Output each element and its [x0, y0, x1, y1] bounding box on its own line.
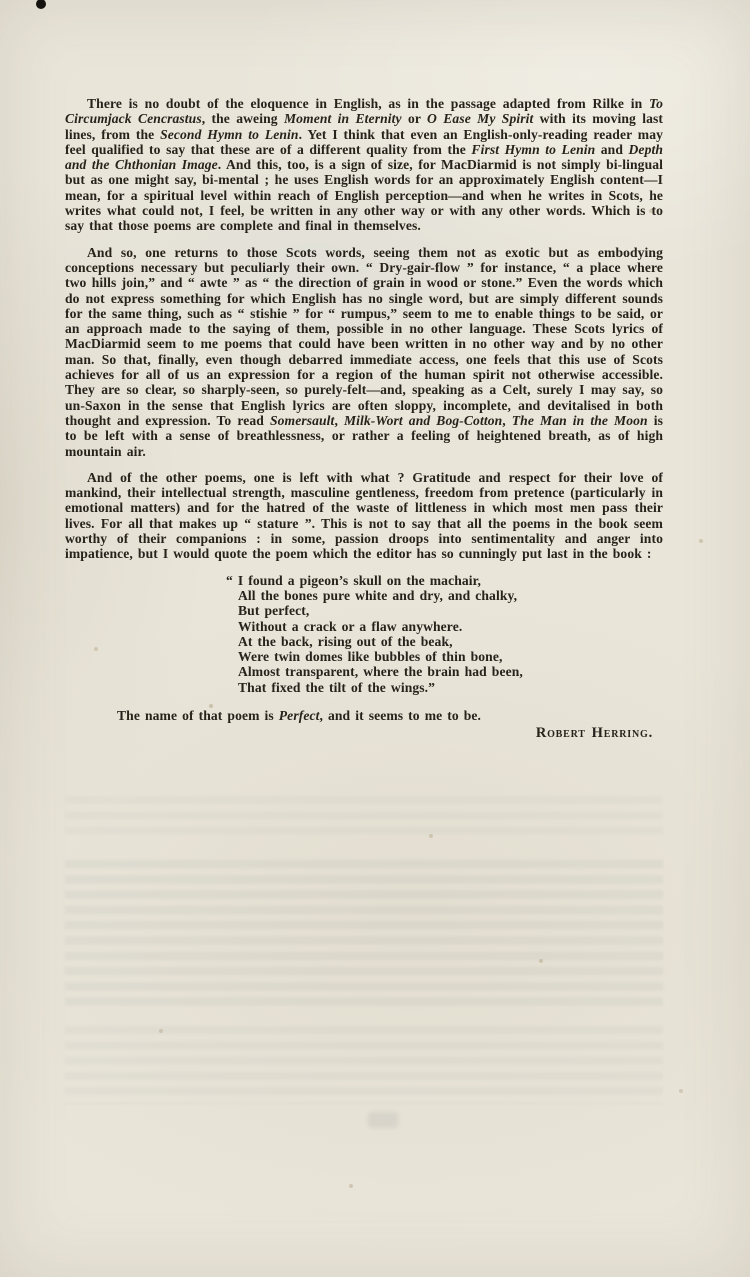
bleed-through-text	[65, 1026, 663, 1104]
poem-line: That fixed the tilt of the wings.”	[238, 680, 663, 695]
poem-quote-perfect: “ I found a pigeon’s skull on the machai…	[238, 573, 663, 695]
bleed-through-text	[65, 860, 663, 1010]
ink-spot	[36, 0, 46, 9]
author-signature: Robert Herring.	[65, 726, 663, 741]
poem-line: But perfect,	[238, 603, 663, 618]
closing-line: The name of that poem is Perfect, and it…	[65, 708, 663, 723]
poem-line: Almost transparent, where the brain had …	[238, 664, 663, 679]
poem-line: Were twin domes like bubbles of thin bon…	[238, 649, 663, 664]
bleed-through-page-number	[368, 1112, 398, 1128]
poem-line: All the bones pure white and dry, and ch…	[238, 588, 663, 603]
paragraph-eloquence-in-english: There is no doubt of the eloquence in En…	[65, 96, 663, 234]
page-text: There is no doubt of the eloquence in En…	[65, 96, 663, 742]
poem-line: At the back, rising out of the beak,	[238, 634, 663, 649]
paper-specks	[0, 0, 2, 2]
scanned-book-page: There is no doubt of the eloquence in En…	[0, 0, 750, 1277]
poem-line: Without a crack or a flaw anywhere.	[238, 619, 663, 634]
paragraph-scots-words: And so, one returns to those Scots words…	[65, 245, 663, 459]
poem-line: “ I found a pigeon’s skull on the machai…	[226, 573, 663, 588]
paragraph-other-poems: And of the other poems, one is left with…	[65, 470, 663, 562]
bleed-through-text	[65, 796, 663, 842]
